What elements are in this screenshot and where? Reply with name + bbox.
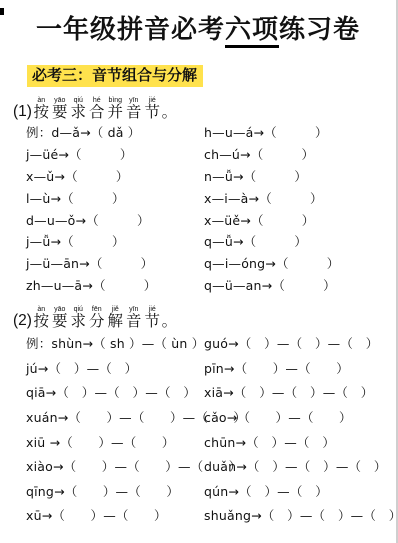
section-badge: 必考三：音节组合与分解 <box>27 65 203 87</box>
combine-item: j—üé→（ ） <box>26 143 204 165</box>
decompose-item: duǎn→（ ）—（ ）—（ ） <box>204 454 398 479</box>
title-part1: 一年级拼音必考 <box>36 14 225 44</box>
heading-char: 合hé <box>89 97 105 121</box>
page-title: 一年级拼音必考六项练习卷 <box>6 13 390 46</box>
heading-char: 音yīn <box>126 306 142 330</box>
combine-item: ch—ú→（ ） <box>204 143 396 165</box>
title-part2: 练习卷 <box>279 14 360 44</box>
decompose-item: qún→（ ）—（ ） <box>204 479 398 504</box>
section-1-heading: (1)按àn要yāo求qiú合hé并bìng音yīn节jié。 <box>13 97 396 121</box>
decompose-exercise-grid: 例：shùn→（ sh ）—（ ùn ） guó→（ ）—（ ）—（ ） jú→… <box>26 331 396 528</box>
heading-char: 解jiě <box>108 306 124 330</box>
title-underlined: 六项 <box>225 14 279 48</box>
decompose-item: xiào→（ ）—（ ）—（ ） <box>26 454 204 479</box>
heading-char: 要yāo <box>52 306 68 330</box>
decompose-item: cǎo→（ ）—（ ） <box>204 405 398 430</box>
combine-item: h—u—á→（ ） <box>204 122 396 144</box>
heading-char: 并bìng <box>108 97 124 121</box>
combine-item: j—ü—ān→（ ） <box>26 252 204 274</box>
combine-item: zh—u—ā→（ ） <box>26 274 204 296</box>
decompose-item: chūn→（ ）—（ ） <box>204 429 398 454</box>
combine-exercise-grid: 例：d—ǎ→（ dǎ ） h—u—á→（ ） j—üé→（ ） ch—ú→（ ）… <box>26 122 396 296</box>
decompose-item: shuǎng→（ ）—（ ）—（ ） <box>204 503 398 528</box>
heading-char: 求qiú <box>70 97 86 121</box>
decompose-item: jú→（ ）—（ ） <box>26 356 204 381</box>
section-badge-row: 必考三：音节组合与分解 <box>27 65 396 87</box>
heading-period: 。 <box>162 104 178 121</box>
combine-item: x—ǔ→（ ） <box>26 165 204 187</box>
section-2-heading: (2)按àn要yāo求qiú分fēn解jiě音yīn节jié。 <box>13 306 396 330</box>
combine-item: x—i—à→（ ） <box>204 187 396 209</box>
decompose-item: xū→（ ）—（ ） <box>26 503 204 528</box>
decompose-item: qīng→（ ）—（ ） <box>26 479 204 504</box>
heading-char: 求qiú <box>70 306 86 330</box>
heading-char: 分fēn <box>89 306 105 330</box>
decompose-item: pīn→（ ）—（ ） <box>204 356 398 381</box>
heading-char: 节jié <box>145 97 161 121</box>
combine-item: q—ü—an→（ ） <box>204 274 396 296</box>
heading-char: 节jié <box>145 306 161 330</box>
decompose-item: guó→（ ）—（ ）—（ ） <box>204 331 398 356</box>
heading-char: 按àn <box>33 306 49 330</box>
decompose-item: xiā→（ ）—（ ）—（ ） <box>204 380 398 405</box>
combine-item: d—u—ǒ→（ ） <box>26 209 204 231</box>
heading-char: 要yāo <box>52 97 68 121</box>
combine-item: j—ǚ→（ ） <box>26 231 204 253</box>
combine-item: q—i—óng→（ ） <box>204 252 396 274</box>
heading-char: 按àn <box>33 97 49 121</box>
worksheet-page: 一年级拼音必考六项练习卷 必考三：音节组合与分解 (1)按àn要yāo求qiú合… <box>0 0 398 543</box>
combine-item: n—ǚ→（ ） <box>204 165 396 187</box>
decompose-item: xuán→（ ）—（ ）—（ ） <box>26 405 204 430</box>
combine-item: x—üě→（ ） <box>204 209 396 231</box>
section-1-number: (1) <box>13 103 32 121</box>
decompose-item: xiū →（ ）—（ ） <box>26 429 204 454</box>
section-2-number: (2) <box>13 312 32 330</box>
combine-item: q—ǚ→（ ） <box>204 231 396 253</box>
heading-char: 音yīn <box>126 97 142 121</box>
scan-artifact <box>0 8 4 15</box>
decompose-example: 例：shùn→（ sh ）—（ ùn ） <box>26 331 204 356</box>
combine-item: l—ù→（ ） <box>26 187 204 209</box>
combine-example: 例：d—ǎ→（ dǎ ） <box>26 122 204 144</box>
decompose-item: qiā→（ ）—（ ）—（ ） <box>26 380 204 405</box>
heading-period: 。 <box>162 313 178 330</box>
